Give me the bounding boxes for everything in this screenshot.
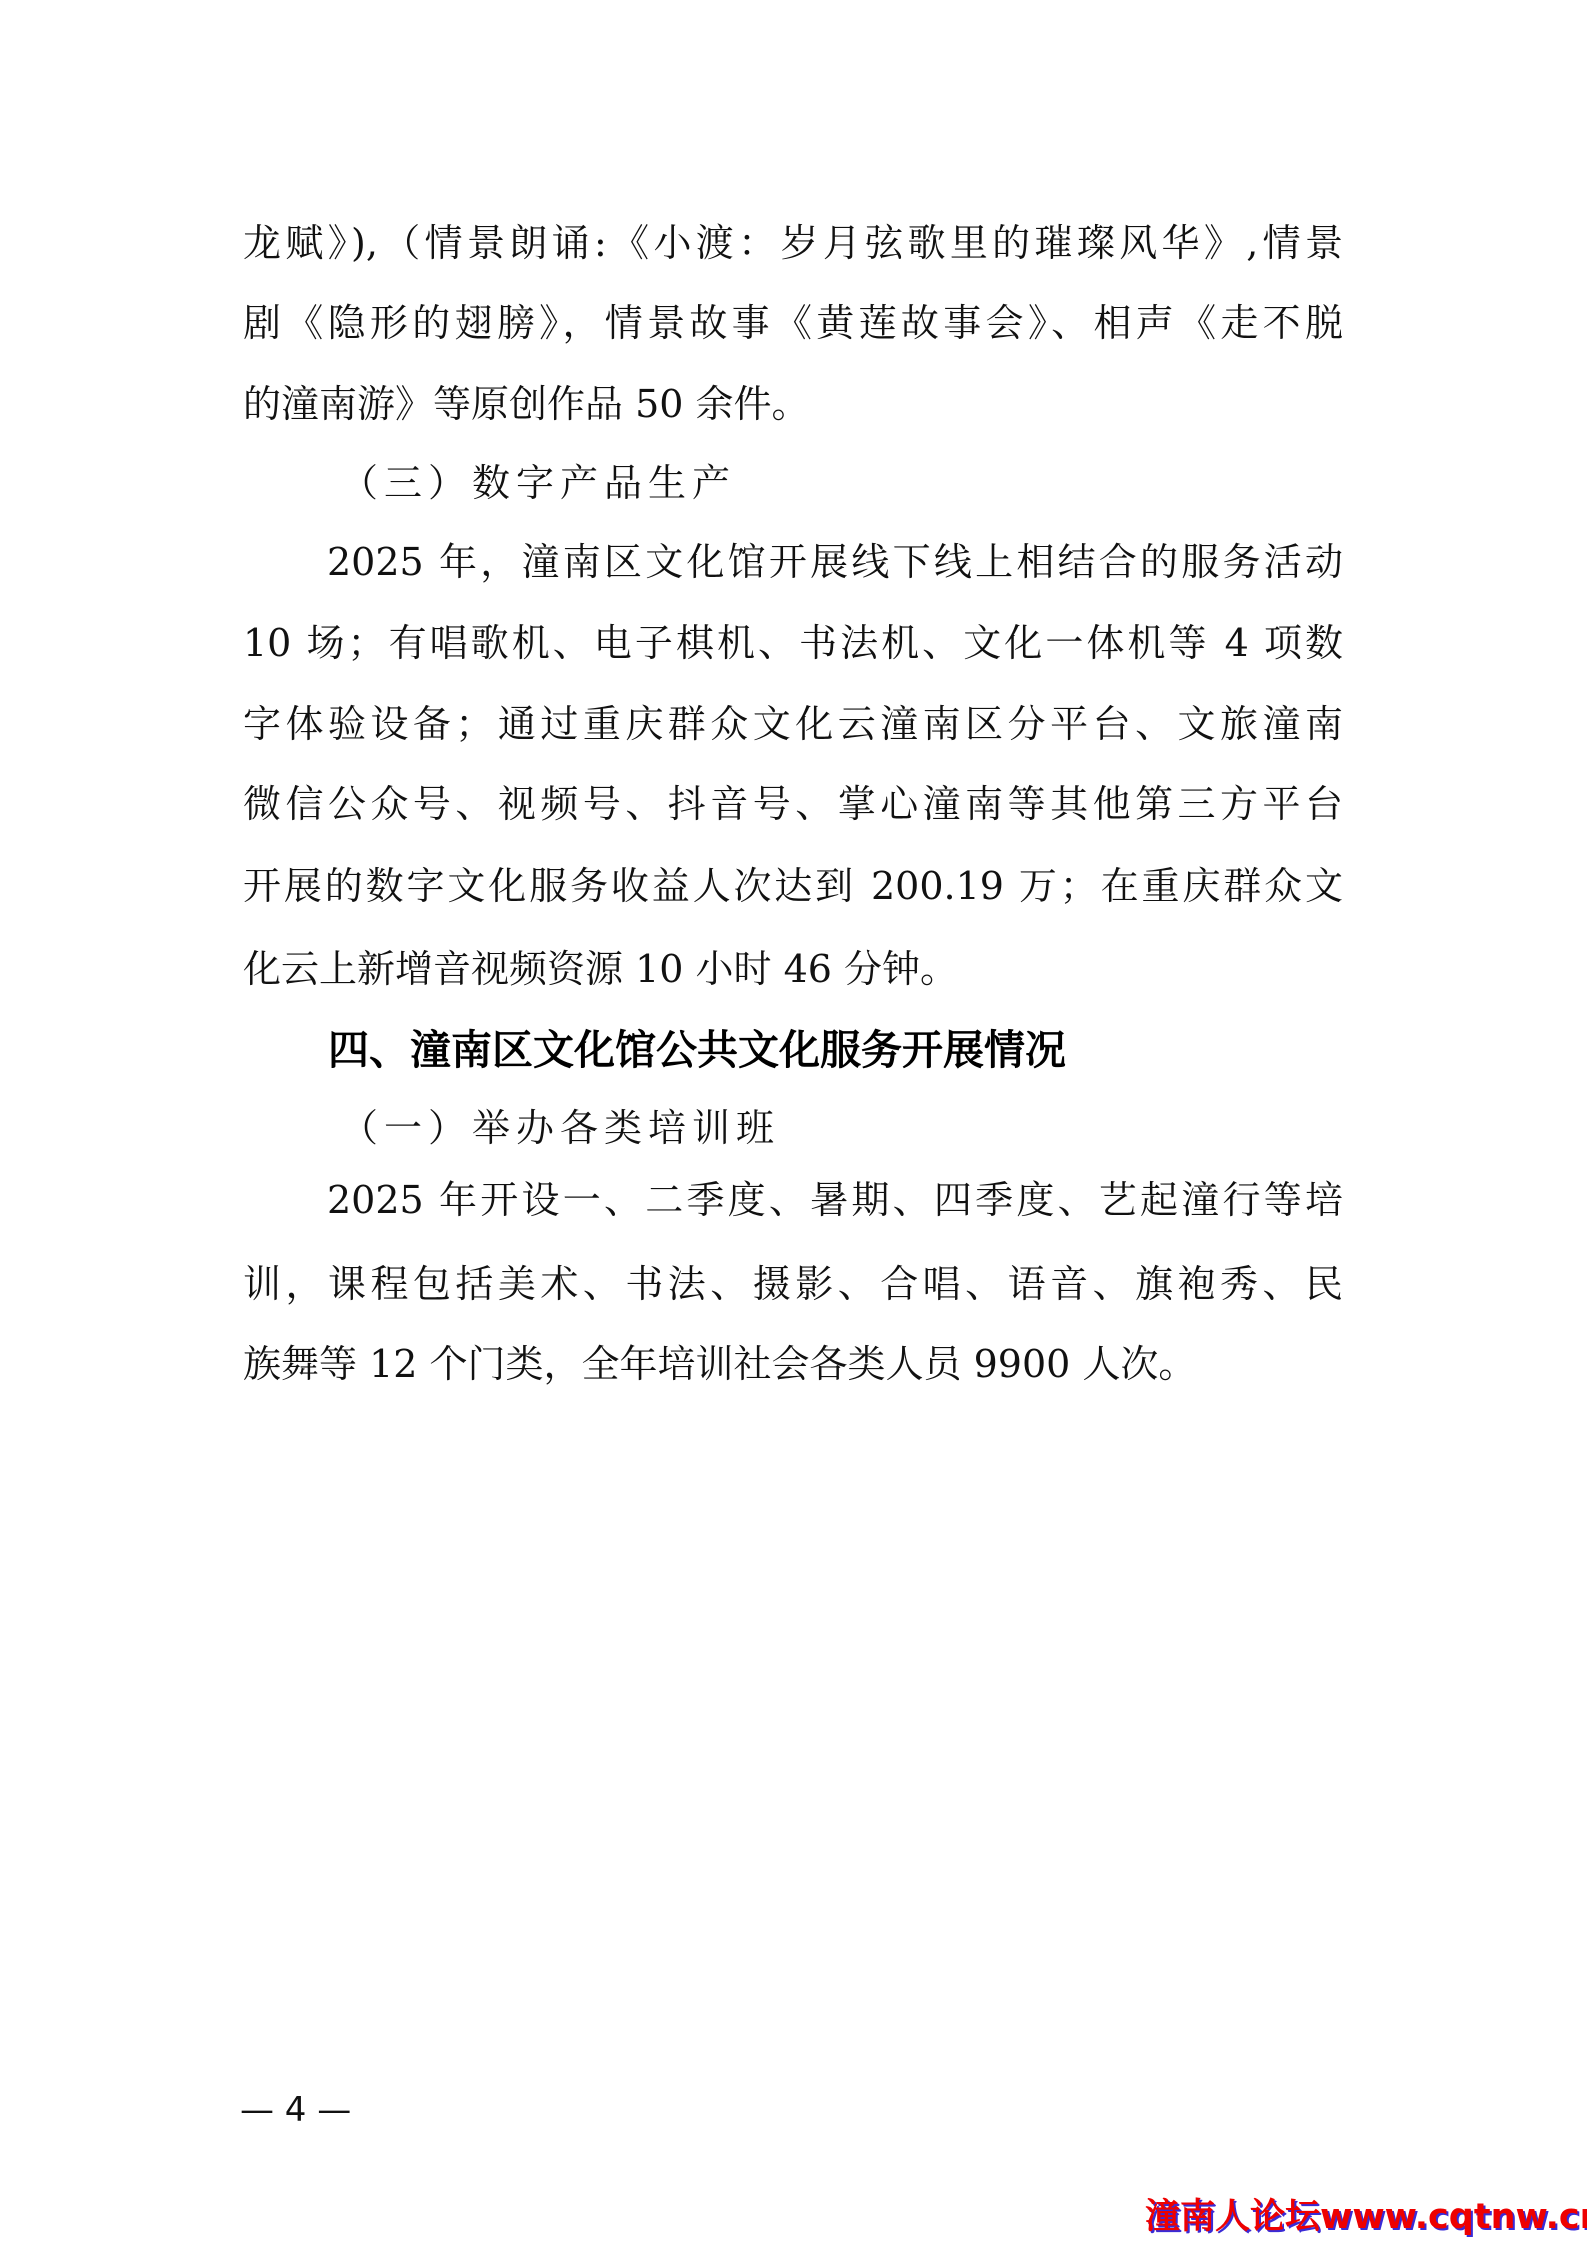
forum-watermark: 潼南人论坛www.cqtnw.cn (1145, 2192, 1587, 2242)
page-number: — 4 — (240, 2088, 351, 2132)
paragraph-line: 训，课程包括美术、书法、摄影、合唱、语音、旗袍秀、民 (243, 1256, 1343, 1312)
paragraph-line: 的潼南游》等原创作品 50 余件。 (243, 376, 1343, 432)
paragraph-line: 2025 年，潼南区文化馆开展线下线上相结合的服务活动 (327, 534, 1343, 590)
paragraph-line: 族舞等 12 个门类，全年培训社会各类人员 9900 人次。 (243, 1336, 1343, 1392)
paragraph-line: 剧《隐形的翅膀》，情景故事《黄莲故事会》、相声《走不脱 (243, 295, 1343, 351)
section-heading-training-classes: （一）举办各类培训班 (340, 1100, 780, 1156)
paragraph-line: 化云上新增音视频资源 10 小时 46 分钟。 (243, 941, 1343, 997)
paragraph-line: 龙赋》),（情景朗诵:《小渡：岁月弦歌里的璀璨风华》,情景 (243, 215, 1343, 271)
paragraph-line: 微信公众号、视频号、抖音号、掌心潼南等其他第三方平台 (243, 776, 1343, 832)
section-heading-digital-products: （三）数字产品生产 (340, 455, 736, 511)
paragraph-line: 字体验设备；通过重庆群众文化云潼南区分平台、文旅潼南 (243, 696, 1343, 752)
paragraph-line: 开展的数字文化服务收益人次达到 200.19 万；在重庆群众文 (243, 858, 1343, 914)
paragraph-line: 10 场；有唱歌机、电子棋机、书法机、文化一体机等 4 项数 (243, 615, 1343, 671)
chapter-heading-public-services: 四、潼南区文化馆公共文化服务开展情况 (328, 1020, 1066, 1080)
document-page: 龙赋》),（情景朗诵:《小渡：岁月弦歌里的璀璨风华》,情景 剧《隐形的翅膀》，情… (0, 0, 1587, 2245)
paragraph-line: 2025 年开设一、二季度、暑期、四季度、艺起潼行等培 (327, 1172, 1343, 1228)
